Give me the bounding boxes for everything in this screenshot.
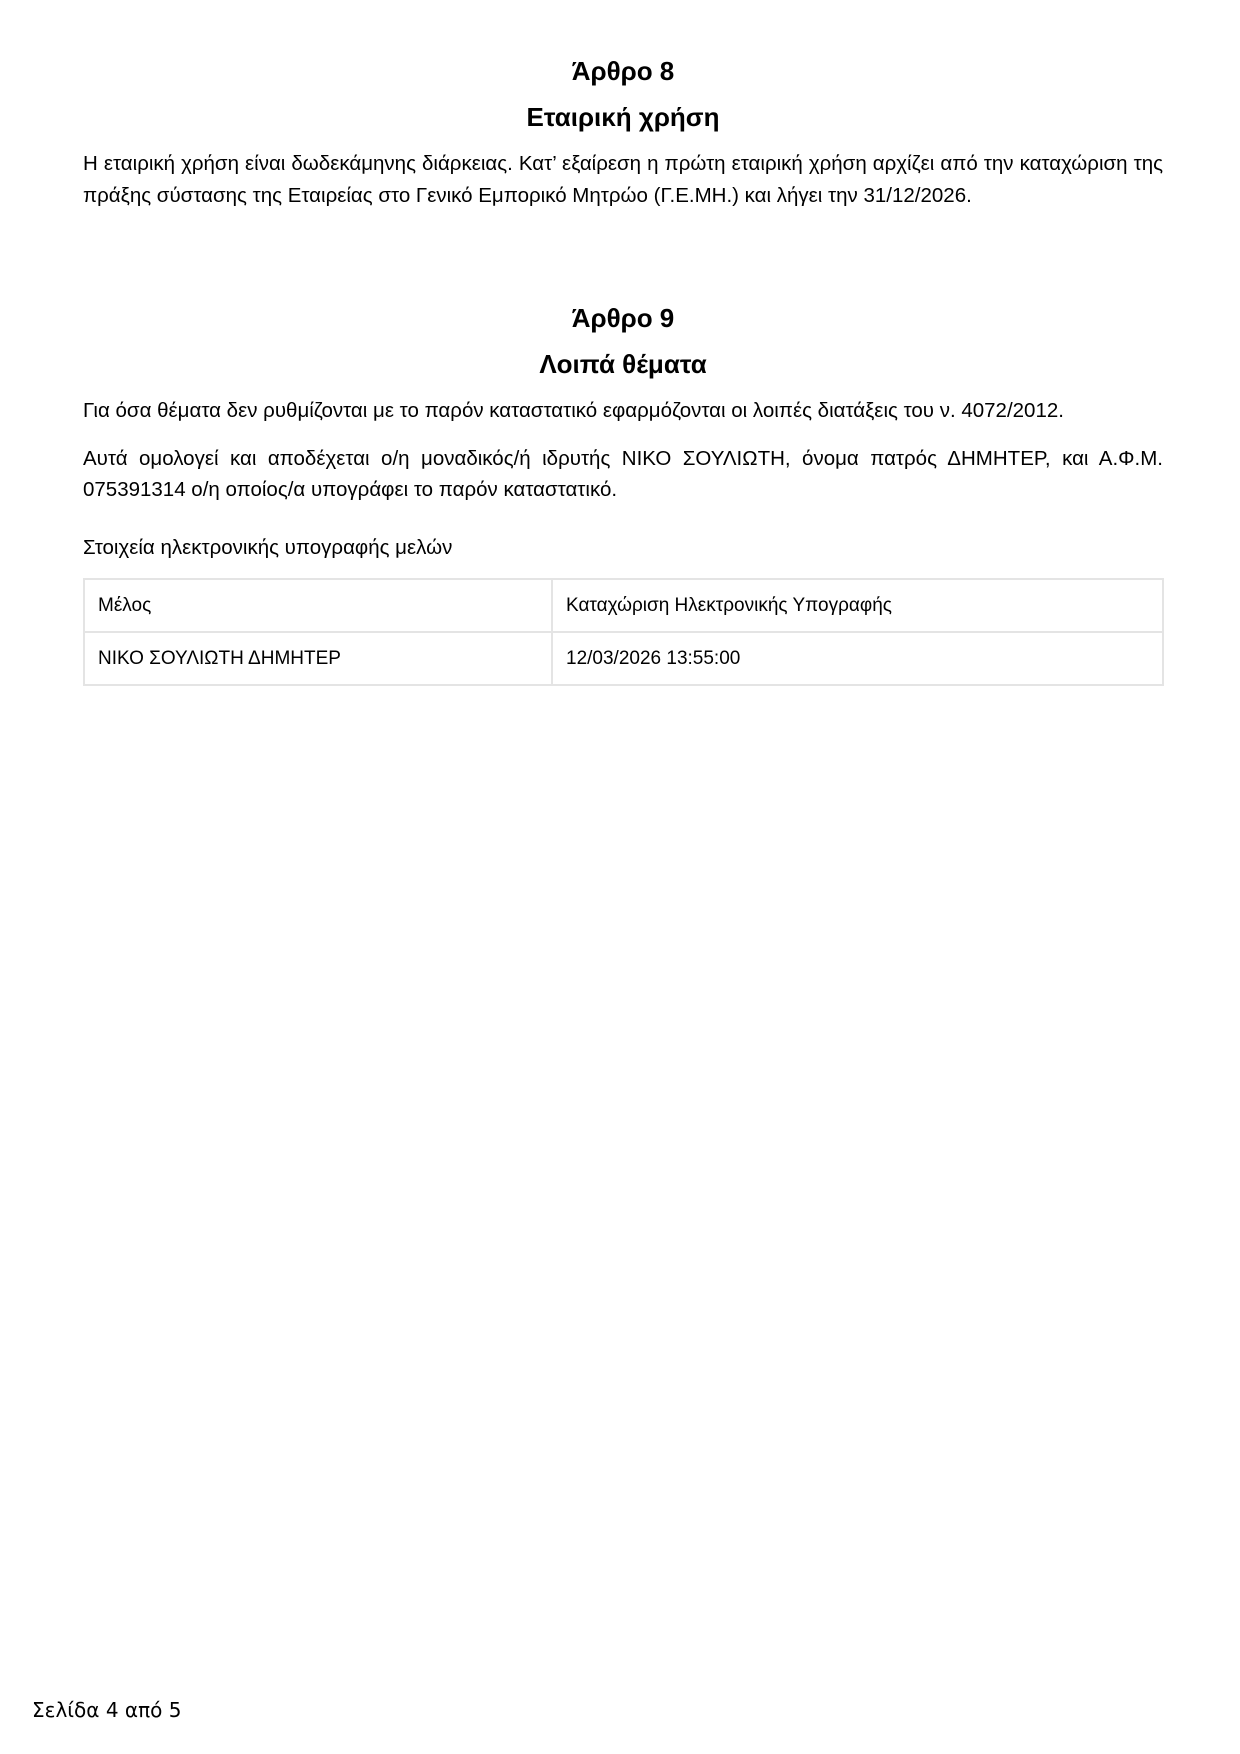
header-member: Μέλος — [84, 579, 552, 632]
table-header-row: Μέλος Καταχώριση Ηλεκτρονικής Υπογραφής — [84, 579, 1163, 632]
article-8-number: Άρθρο 8 — [83, 56, 1163, 86]
article-9-number: Άρθρο 9 — [83, 303, 1163, 333]
page-number-footer: Σελίδα 4 από 5 — [32, 1698, 181, 1722]
signatures-table: Μέλος Καταχώριση Ηλεκτρονικής Υπογραφής … — [83, 578, 1164, 686]
article-8-title: Εταιρική χρήση — [83, 102, 1163, 132]
article-9-paragraph-1: Για όσα θέματα δεν ρυθμίζονται με το παρ… — [83, 395, 1163, 427]
article-8-paragraph: Η εταιρική χρήση είναι δωδεκάμηνης διάρκ… — [83, 148, 1163, 211]
article-9: Άρθρο 9 Λοιπά θέματα Για όσα θέματα δεν … — [83, 303, 1163, 506]
cell-signature-timestamp: 12/03/2026 13:55:00 — [552, 632, 1163, 685]
signatures-label: Στοιχεία ηλεκτρονικής υπογραφής μελών — [83, 536, 452, 560]
table-row: ΝΙΚΟ ΣΟΥΛΙΩΤΗ ΔΗΜΗΤΕΡ 12/03/2026 13:55:0… — [84, 632, 1163, 685]
header-signature-registration: Καταχώριση Ηλεκτρονικής Υπογραφής — [552, 579, 1163, 632]
article-9-title: Λοιπά θέματα — [83, 349, 1163, 379]
cell-member-name: ΝΙΚΟ ΣΟΥΛΙΩΤΗ ΔΗΜΗΤΕΡ — [84, 632, 552, 685]
article-8: Άρθρο 8 Εταιρική χρήση Η εταιρική χρήση … — [83, 56, 1163, 211]
article-9-paragraph-2: Αυτά ομολογεί και αποδέχεται ο/η μοναδικ… — [83, 443, 1163, 506]
